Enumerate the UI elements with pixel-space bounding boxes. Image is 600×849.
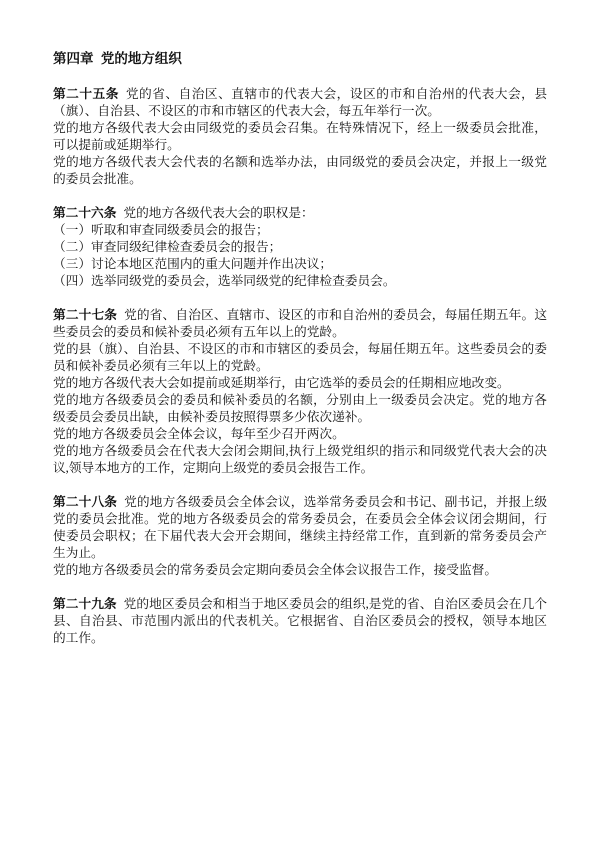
article-29: 第二十九条党的地区委员会和相当于地区委员会的组织,是党的省、自治区委员会在几个县… bbox=[53, 596, 547, 647]
article-paragraph: 党的地方各级代表大会如提前或延期举行，由它选举的委员会的任期相应地改变。 bbox=[53, 375, 547, 392]
article-paragraph: 第二十五条党的省、自治区、直辖市的代表大会，设区的市和自治州的代表大会，县（旗）… bbox=[53, 86, 547, 120]
article-paragraph: 第二十六条党的地方各级代表大会的职权是： bbox=[53, 205, 547, 222]
document-page: 第四章党的地方组织 第二十五条党的省、自治区、直辖市的代表大会，设区的市和自治州… bbox=[0, 0, 600, 849]
article-list-item: （四）选举同级党的委员会，选举同级党的纪律检查委员会。 bbox=[53, 273, 547, 290]
article-list-item: （三）讨论本地区范围内的重大问题并作出决议； bbox=[53, 256, 547, 273]
article-paragraph: 党的地方各级委员会的常务委员会定期向委员会全体会议报告工作，接受监督。 bbox=[53, 562, 547, 579]
article-28: 第二十八条党的地方各级委员会全体会议，选举常务委员会和书记、副书记，并报上级党的… bbox=[53, 494, 547, 579]
article-text: 党的地方各级代表大会的职权是： bbox=[123, 206, 313, 220]
article-number: 第二十六条 bbox=[53, 206, 116, 220]
article-paragraph: 党的地方各级委员会的委员和候补委员的名额，分别由上一级委员会决定。党的地方各级委… bbox=[53, 392, 547, 426]
article-paragraph: 党的地方各级代表大会由同级党的委员会召集。在特殊情况下，经上一级委员会批准，可以… bbox=[53, 120, 547, 154]
article-paragraph: 第二十七条党的省、自治区、直辖市、设区的市和自治州的委员会，每届任期五年。这些委… bbox=[53, 307, 547, 341]
article-number: 第二十八条 bbox=[53, 495, 117, 509]
article-paragraph: 党的县（旗）、自治县、不设区的市和市辖区的委员会，每届任期五年。这些委员会的委员… bbox=[53, 341, 547, 375]
article-text: 党的地方各级委员会全体会议，选举常务委员会和书记、副书记，并报上级党的委员会批准… bbox=[53, 495, 547, 560]
article-paragraph: 党的地方各级委员会全体会议，每年至少召开两次。 bbox=[53, 426, 547, 443]
article-number: 第二十五条 bbox=[53, 87, 119, 101]
article-text: 党的地区委员会和相当于地区委员会的组织,是党的省、自治区委员会在几个县、自治县、… bbox=[53, 597, 547, 645]
document-content: 第四章党的地方组织 第二十五条党的省、自治区、直辖市的代表大会，设区的市和自治州… bbox=[0, 0, 600, 647]
article-27: 第二十七条党的省、自治区、直辖市、设区的市和自治州的委员会，每届任期五年。这些委… bbox=[53, 307, 547, 477]
article-paragraph: 第二十九条党的地区委员会和相当于地区委员会的组织,是党的省、自治区委员会在几个县… bbox=[53, 596, 547, 647]
article-text: 党的省、自治区、直辖市、设区的市和自治州的委员会，每届任期五年。这些委员会的委员… bbox=[53, 308, 547, 339]
article-25: 第二十五条党的省、自治区、直辖市的代表大会，设区的市和自治州的代表大会，县（旗）… bbox=[53, 86, 547, 188]
article-list-item: （一）听取和审查同级委员会的报告； bbox=[53, 222, 547, 239]
article-number: 第二十九条 bbox=[53, 597, 117, 611]
article-paragraph: 第二十八条党的地方各级委员会全体会议，选举常务委员会和书记、副书记，并报上级党的… bbox=[53, 494, 547, 562]
article-26: 第二十六条党的地方各级代表大会的职权是： （一）听取和审查同级委员会的报告； （… bbox=[53, 205, 547, 290]
article-number: 第二十七条 bbox=[53, 308, 117, 322]
article-text: 党的省、自治区、直辖市的代表大会，设区的市和自治州的代表大会，县（旗）、自治县、… bbox=[53, 87, 547, 118]
article-paragraph: 党的地方各级代表大会代表的名额和选举办法，由同级党的委员会决定，并报上一级党的委… bbox=[53, 154, 547, 188]
chapter-title: 党的地方组织 bbox=[101, 51, 182, 66]
article-paragraph: 党的地方各级委员会在代表大会闭会期间,执行上级党组织的指示和同级党代表大会的决议… bbox=[53, 443, 547, 477]
chapter-number: 第四章 bbox=[53, 51, 94, 66]
article-list-item: （二）审查同级纪律检查委员会的报告； bbox=[53, 239, 547, 256]
chapter-heading: 第四章党的地方组织 bbox=[53, 50, 547, 67]
